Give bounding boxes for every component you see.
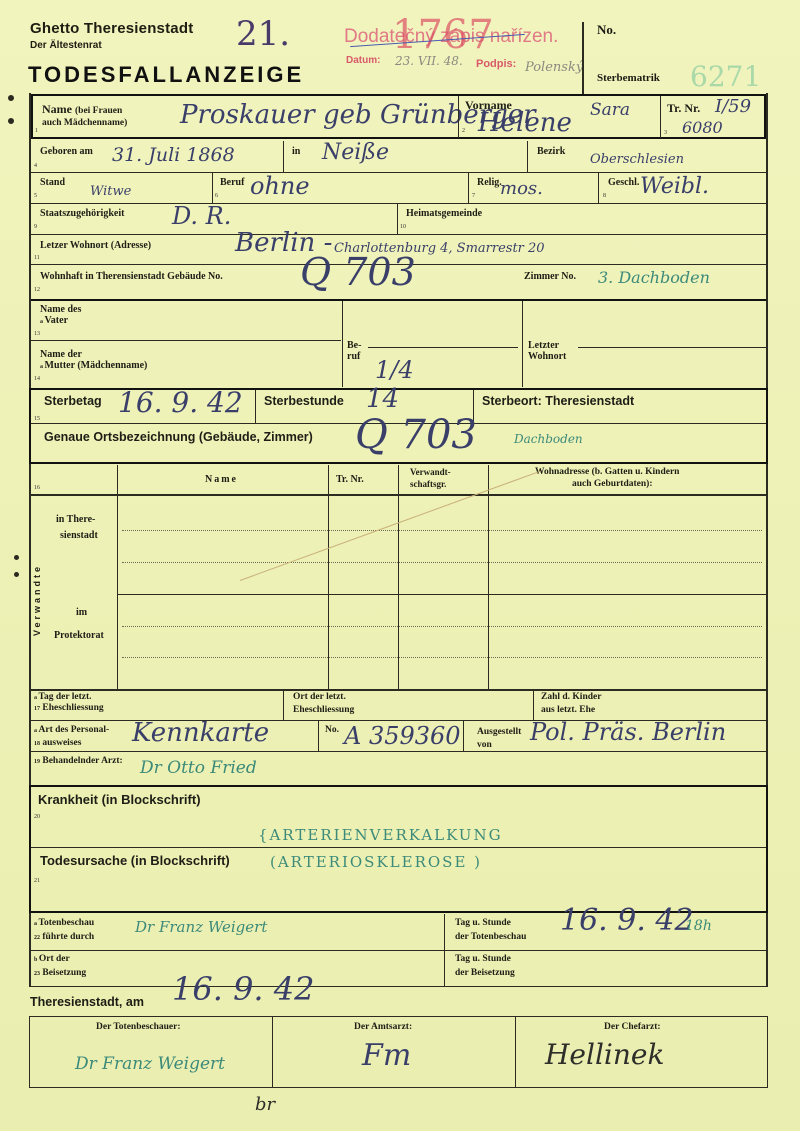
rel-header-wohn1: Wohnadresse (b. Gatten u. Kindern [535,467,679,478]
vorname-value: Helene [478,108,572,138]
vater-label1: Name des [40,304,81,315]
field-number: 1 [35,128,38,134]
trnr-value2: 6080 [682,118,723,137]
frame-left [29,464,31,690]
totenbeschau-label2: 22 führte durch [34,932,94,944]
geboren-label: Geboren am [40,146,93,157]
art-label1: a Art des Personal- [34,725,109,737]
rel-header-verw2: schaftsgr. [410,479,446,490]
amtsarzt-label: Der Amtsarzt: [354,1022,412,1033]
row-line [31,986,766,987]
letzter-wohnort-label2: Wohnort [528,351,566,362]
divider [598,173,599,203]
divider [468,173,469,203]
field-number: 14 [34,376,40,382]
totenbeschau-value: Dr Franz Weigert [135,918,267,936]
field-number: 8 [603,193,606,199]
strike-line [240,471,541,581]
field-number: 6 [215,193,218,199]
field-number: 21 [34,878,40,884]
stamp-podpis-label: Podpis: [476,58,516,70]
beruf-value: ohne [250,172,310,200]
illness-label: Krankheit (in Blockschrift) [38,792,201,807]
geboren-value: 31. Juli 1868 [112,144,235,166]
geschl-value: Weibl. [640,174,709,199]
in-value: Neiße [322,140,389,165]
wohnort-label: Letzer Wohnort (Adresse) [40,240,151,251]
ortsbez-value2: Dachboden [514,432,583,446]
doctor-label: 19 Behandelnder Arzt: [34,756,123,768]
field-number: 4 [34,163,37,169]
bezirk-value: Oberschlesien [590,152,684,167]
art-label2: 18 ausweises [34,738,81,750]
binding-hole [14,555,19,560]
row-line [31,299,766,301]
row2-label1: im [76,607,87,618]
divider [522,301,523,387]
divider [660,96,661,138]
frame-right [766,913,768,987]
row-line [31,340,341,341]
council-name: Der Ältestenrat [30,40,102,51]
sterbetag-value: 16. 9. 42 [118,386,243,419]
divider [283,141,284,172]
stamp-podpis-value: Polenský [525,60,583,75]
field-number: 16 [34,485,40,491]
zimmer-label: Zimmer No. [524,271,576,282]
name-label-sub: auch Mädchenname) [42,118,127,129]
sterbestunde-value: 14 [366,384,399,414]
row-line [368,347,518,348]
letzter-wohnort-label1: Letzter [528,340,559,351]
totenbeschauer-label: Der Totenbeschauer: [96,1022,181,1033]
dotted-line [122,657,762,658]
row-line [31,172,766,173]
handwritten-number: 21. [236,14,290,54]
vorname-value2: Sara [590,100,630,120]
rel-header-trnr: Tr. Nr. [336,474,364,485]
amtsarzt-signature: Fm [362,1038,411,1073]
relig-label: Relig. [477,177,502,188]
sterbetag-label: Sterbetag [44,394,102,408]
frame-right [766,464,768,690]
no-label: No. [597,22,616,38]
mutter-label2: a Mutter (Mädchenname) [40,360,147,373]
row-line [31,950,766,951]
row-line [31,689,766,691]
beisetzung-label2: 23 Beisetzung [34,968,86,980]
name-label: Name (bei Frauen [42,104,122,117]
row-line [578,347,766,348]
row2-label2: Protektorat [54,630,104,641]
rel-header-name: Name [205,474,238,485]
tag-beisetzung-label1: Tag u. Stunde [455,954,511,965]
chefarzt-label: Der Chefarzt: [604,1022,661,1033]
dotted-line [122,530,762,531]
field-number: 3 [664,130,667,136]
verwandte-label: Verwandte [32,564,42,636]
tag-ehe-label2: 17 Eheschliessung [34,703,104,715]
row1-label2: sienstadt [60,530,98,541]
divider [318,721,319,751]
binding-hole [14,572,19,577]
stamp-red-number: 1767 [392,12,494,58]
staats-value: D. R. [172,202,231,230]
stand-value: Witwe [90,184,131,199]
place-date-value: 16. 9. 42 [172,970,314,1008]
staats-label: Staatszugehörigkeit [40,208,124,219]
field-number: 11 [34,255,40,261]
ausgestellt-label2: von [477,740,492,751]
divider [283,691,284,720]
divider [458,96,459,138]
footer-mark: br [255,1094,275,1115]
ortsbez-label: Genaue Ortsbezeichnung (Gebäude, Zimmer) [44,430,313,444]
divider [117,465,118,690]
tag-beisetzung-label2: der Beisetzung [455,968,515,979]
divider [212,173,213,203]
stamp-datum-label: Datum: [346,55,380,66]
field-number: 15 [34,416,40,422]
in-label: in [292,146,300,157]
divider [255,390,256,423]
ort-ehe-label2: Eheschliessung [293,705,354,716]
geschl-label: Geschl. [608,177,639,188]
field-number: 20 [34,814,40,820]
dotted-line [122,626,762,627]
divider [272,1017,273,1087]
trnr-value: I/59 [715,96,751,117]
kinder-label2: aus letzt. Ehe [541,705,595,716]
wohnhaft-value: Q 703 [300,250,416,294]
row-line [31,751,766,752]
divider [533,691,534,720]
sterbestunde-overflow: 1/4 [375,356,414,384]
tag-totenbeschau-label2: der Totenbeschau [455,932,526,943]
divider [527,141,528,172]
cause-label: Todesursache (in Blockschrift) [40,853,230,868]
dotted-line [122,562,762,563]
beruf-parents-label2: ruf [347,351,360,362]
document-page: Ghetto Theresienstadt Der Ältestenrat TO… [0,0,800,1131]
tag-totenbeschau-value: 16. 9. 42 [560,903,694,938]
row1-label1: in There- [56,514,95,525]
rel-header-verw1: Verwandt- [410,467,451,478]
tag-totenbeschau-label1: Tag u. Stunde [455,918,511,929]
beruf-label: Beruf [220,177,244,188]
header-divider [582,22,584,94]
ausgestellt-value: Pol. Präs. Berlin [530,718,726,746]
beisetzung-label1: b Ort der [34,954,70,966]
rel-header-wohn2: auch Geburtdaten): [572,479,653,490]
sterbematrik-value: 6271 [690,60,761,93]
ortsbez-value: Q 703 [355,412,477,458]
field-number: 10 [400,224,406,230]
binding-hole [8,95,14,101]
beruf-parents-label1: Be- [347,340,361,351]
totenbeschau-label1: a Totenbeschau [34,918,94,930]
sterbestunde-label: Sterbestunde [264,394,344,408]
wohnhaft-label: Wohnhaft in Therensienstadt Gebäude No. [40,271,223,282]
zimmer-value: 3. Dachboden [598,268,710,287]
illness-value2: (ARTERIOSKLEROSE ) [270,853,482,871]
id-no-value: A 359360 [344,722,461,750]
document-title: TODESFALLANZEIGE [28,62,304,88]
id-no-label: No. [325,725,339,736]
trnr-label: Tr. Nr. [667,103,700,114]
sterbeort-label: Sterbeort: Theresienstadt [482,394,634,408]
ausgestellt-label1: Ausgestellt [477,727,521,738]
org-name: Ghetto Theresienstadt [30,20,193,37]
row-line [31,234,766,235]
sterbematrik-label: Sterbematrik [597,72,660,84]
mutter-label1: Name der [40,349,82,360]
heimat-label: Heimatsgemeinde [406,208,482,219]
field-number: 7 [472,193,475,199]
tag-totenbeschau-value2: 18h [685,918,712,934]
row-line [118,594,766,595]
binding-hole [8,118,14,124]
row-line [31,847,766,848]
bezirk-label: Bezirk [537,146,565,157]
relig-value: mos. [500,178,543,199]
vater-label2: a Vater [40,315,68,328]
divider [342,301,343,387]
field-number: 5 [34,193,37,199]
divider [463,721,464,751]
kinder-label1: Zahl d. Kinder [541,692,601,703]
field-number: 12 [34,287,40,293]
divider [515,1017,516,1087]
chefarzt-signature: Hellinek [545,1038,664,1071]
row-line [31,494,766,496]
illness-value1: {ARTERIENVERKALKUNG [258,826,503,844]
divider [397,204,398,234]
place-date-label: Theresienstadt, am [30,995,144,1009]
field-number: 2 [462,128,465,134]
field-number: 9 [34,224,37,230]
stand-label: Stand [40,177,65,188]
frame-left [29,690,31,786]
field-number: 13 [34,331,40,337]
ort-ehe-label1: Ort der letzt. [293,692,346,703]
totenbeschauer-signature: Dr Franz Weigert [75,1054,225,1074]
row-line [31,203,766,204]
art-value: Kennkarte [132,718,269,748]
doctor-value: Dr Otto Fried [140,758,257,778]
